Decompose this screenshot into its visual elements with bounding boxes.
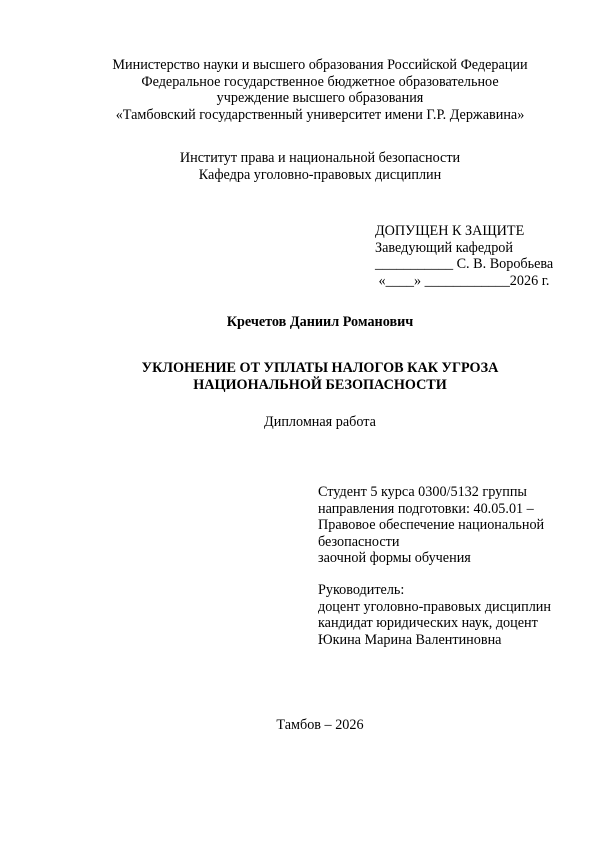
header-line: Министерство науки и высшего образования…	[0, 57, 595, 74]
approval-role: Заведующий кафедрой	[375, 240, 575, 257]
header-line: учреждение высшего образования	[0, 90, 595, 107]
title-line: УКЛОНЕНИЕ ОТ УПЛАТЫ НАЛОГОВ КАК УГРОЗА	[0, 360, 595, 377]
student-info-line: заочной формы обучения	[318, 550, 578, 567]
institute-name: Институт права и национальной безопаснос…	[0, 150, 595, 167]
author-name: Кречетов Даниил Романович	[0, 314, 595, 331]
student-info-line: Студент 5 курса 0300/5132 группы	[318, 484, 578, 501]
student-info-line: направления подготовки: 40.05.01 –	[318, 501, 578, 518]
approval-block: ДОПУЩЕН К ЗАЩИТЕ Заведующий кафедрой ___…	[375, 223, 575, 289]
approval-date-line: «____» ____________2026 г.	[375, 273, 575, 290]
student-info-line: безопасности	[318, 534, 578, 551]
student-info-block: Студент 5 курса 0300/5132 группы направл…	[318, 484, 578, 567]
work-type: Дипломная работа	[0, 414, 595, 431]
supervisor-name: Юкина Марина Валентиновна	[318, 632, 578, 649]
student-info-line: Правовое обеспечение национальной	[318, 517, 578, 534]
header-line: «Тамбовский государственный университет …	[0, 107, 595, 124]
header-line: Федеральное государственное бюджетное об…	[0, 74, 595, 91]
department-name: Кафедра уголовно-правовых дисциплин	[0, 167, 595, 184]
footer-block: Тамбов – 2026	[0, 717, 595, 734]
approval-signature-line: ___________ С. В. Воробьева	[375, 256, 575, 273]
document-page: Министерство науки и высшего образования…	[0, 0, 595, 841]
author-block: Кречетов Даниил Романович	[0, 314, 595, 331]
place-year: Тамбов – 2026	[0, 717, 595, 734]
institute-block: Институт права и национальной безопаснос…	[0, 150, 595, 183]
supervisor-line: доцент уголовно-правовых дисциплин	[318, 599, 578, 616]
supervisor-line: кандидат юридических наук, доцент	[318, 615, 578, 632]
title-line: НАЦИОНАЛЬНОЙ БЕЗОПАСНОСТИ	[0, 377, 595, 394]
work-type-block: Дипломная работа	[0, 414, 595, 431]
thesis-title: УКЛОНЕНИЕ ОТ УПЛАТЫ НАЛОГОВ КАК УГРОЗА Н…	[0, 360, 595, 393]
supervisor-label: Руководитель:	[318, 582, 578, 599]
supervisor-block: Руководитель: доцент уголовно-правовых д…	[318, 582, 578, 648]
approval-heading: ДОПУЩЕН К ЗАЩИТЕ	[375, 223, 575, 240]
ministry-header: Министерство науки и высшего образования…	[0, 57, 595, 123]
